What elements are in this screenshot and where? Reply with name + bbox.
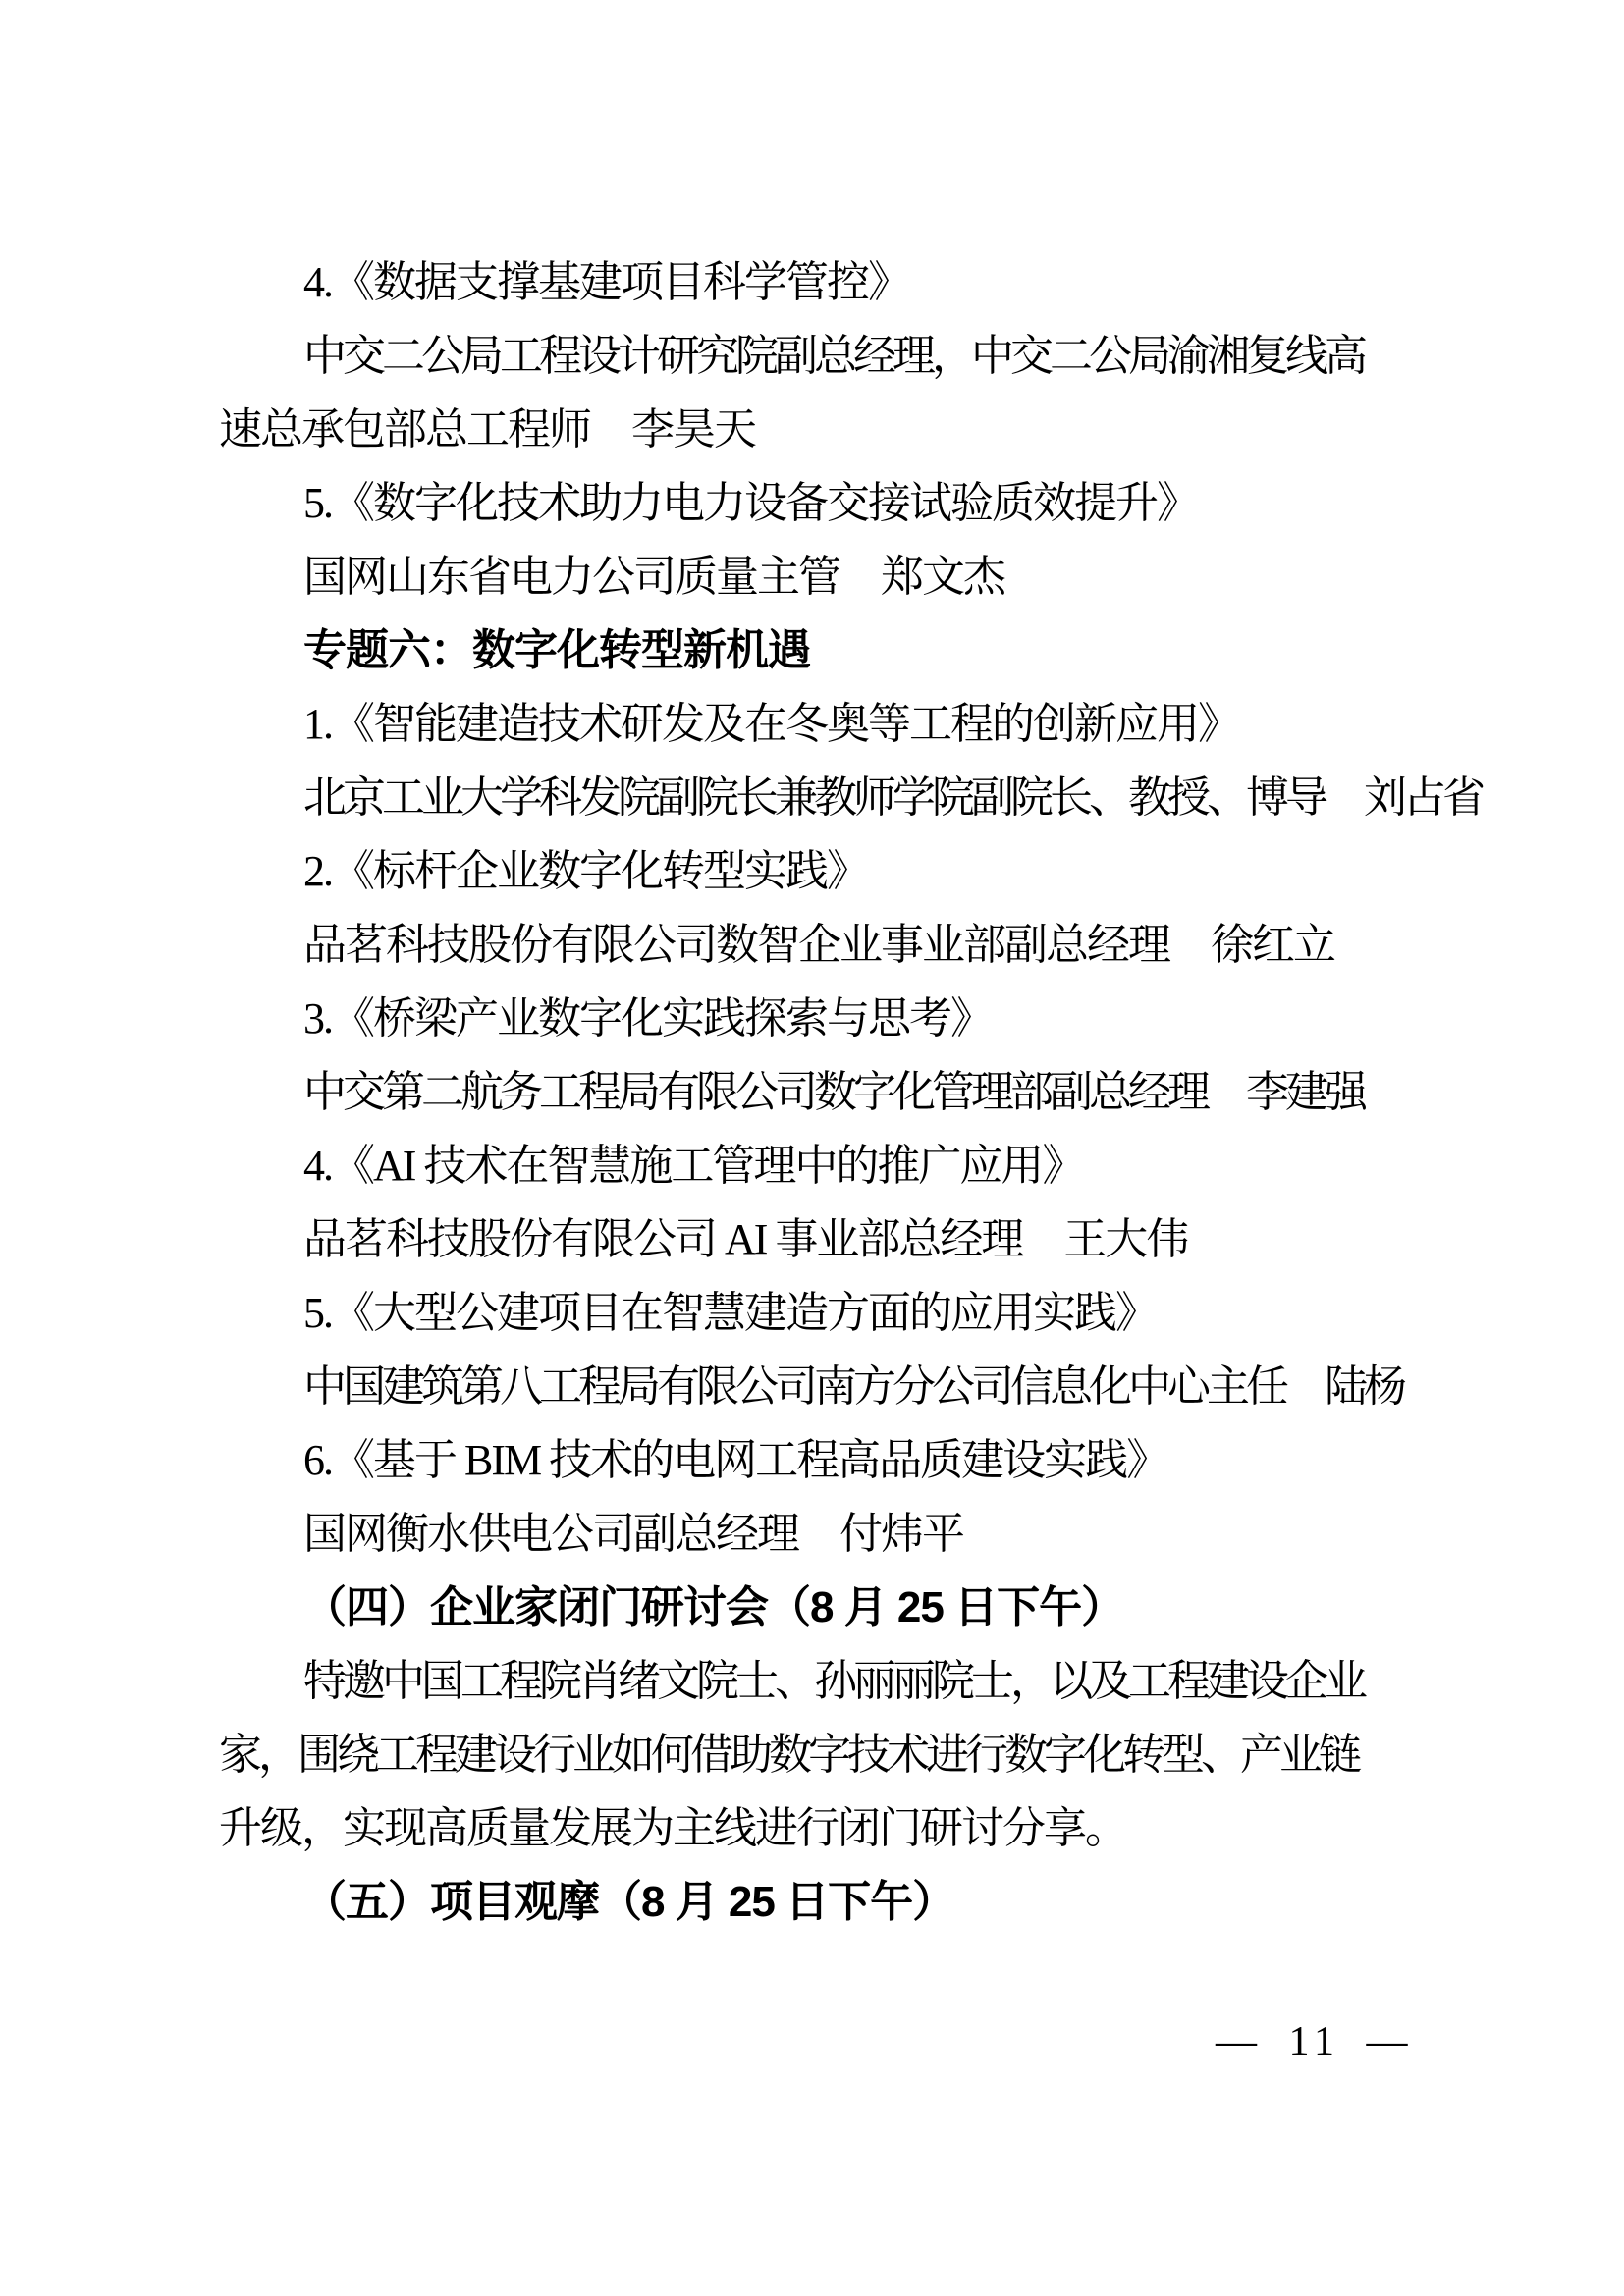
talk-title-line: 5.《数字化技术助力电力设备交接试验质效提升》 xyxy=(219,466,1456,540)
talk-title-line: 4.《AI 技术在智慧施工管理中的推广应用》 xyxy=(219,1129,1456,1202)
speaker-line: 中交二公局工程设计研究院副总经理，中交二公局渝湘复线高 xyxy=(219,319,1456,393)
section-heading: （四）企业家闭门研讨会（8 月 25 日下午） xyxy=(219,1571,1456,1644)
topic-heading: 专题六：数字化转型新机遇 xyxy=(219,614,1456,687)
page-number: — 11 — xyxy=(1216,2014,1413,2069)
paragraph-line: 家，围绕工程建设行业如何借助数字技术进行数字化转型、产业链 xyxy=(219,1718,1456,1791)
talk-title-line: 5.《大型公建项目在智慧建造方面的应用实践》 xyxy=(219,1276,1456,1350)
document-page: 4.《数据支撑基建项目科学管控》 中交二公局工程设计研究院副总经理，中交二公局渝… xyxy=(0,0,1624,2296)
paragraph-line: 特邀中国工程院肖绪文院士、孙丽丽院士，以及工程建设企业 xyxy=(219,1644,1456,1718)
paragraph-line: 升级，实现高质量发展为主线进行闭门研讨分享。 xyxy=(219,1791,1456,1865)
speaker-line: 品茗科技股份有限公司数智企业事业部副总经理 徐红立 xyxy=(219,908,1456,982)
talk-title-line: 3.《桥梁产业数字化实践探索与思考》 xyxy=(219,982,1456,1055)
speaker-line: 国网山东省电力公司质量主管 郑文杰 xyxy=(219,540,1456,614)
talk-title-line: 2.《标杆企业数字化转型实践》 xyxy=(219,834,1456,908)
speaker-line: 品茗科技股份有限公司 AI 事业部总经理 王大伟 xyxy=(219,1202,1456,1276)
speaker-line: 中交第二航务工程局有限公司数字化管理部副总经理 李建强 xyxy=(219,1055,1456,1129)
speaker-line-continued: 速总承包部总工程师 李昊天 xyxy=(219,393,1456,466)
document-body: 4.《数据支撑基建项目科学管控》 中交二公局工程设计研究院副总经理，中交二公局渝… xyxy=(219,245,1456,1939)
speaker-line: 北京工业大学科发院副院长兼教师学院副院长、教授、博导 刘占省 xyxy=(219,761,1456,834)
section-heading: （五）项目观摩（8 月 25 日下午） xyxy=(219,1865,1456,1939)
speaker-line: 国网衡水供电公司副总经理 付炜平 xyxy=(219,1497,1456,1571)
talk-title-line: 4.《数据支撑基建项目科学管控》 xyxy=(219,245,1456,319)
speaker-line: 中国建筑第八工程局有限公司南方分公司信息化中心主任 陆杨 xyxy=(219,1350,1456,1423)
talk-title-line: 6.《基于 BIM 技术的电网工程高品质建设实践》 xyxy=(219,1423,1456,1497)
talk-title-line: 1.《智能建造技术研发及在冬奥等工程的创新应用》 xyxy=(219,687,1456,761)
